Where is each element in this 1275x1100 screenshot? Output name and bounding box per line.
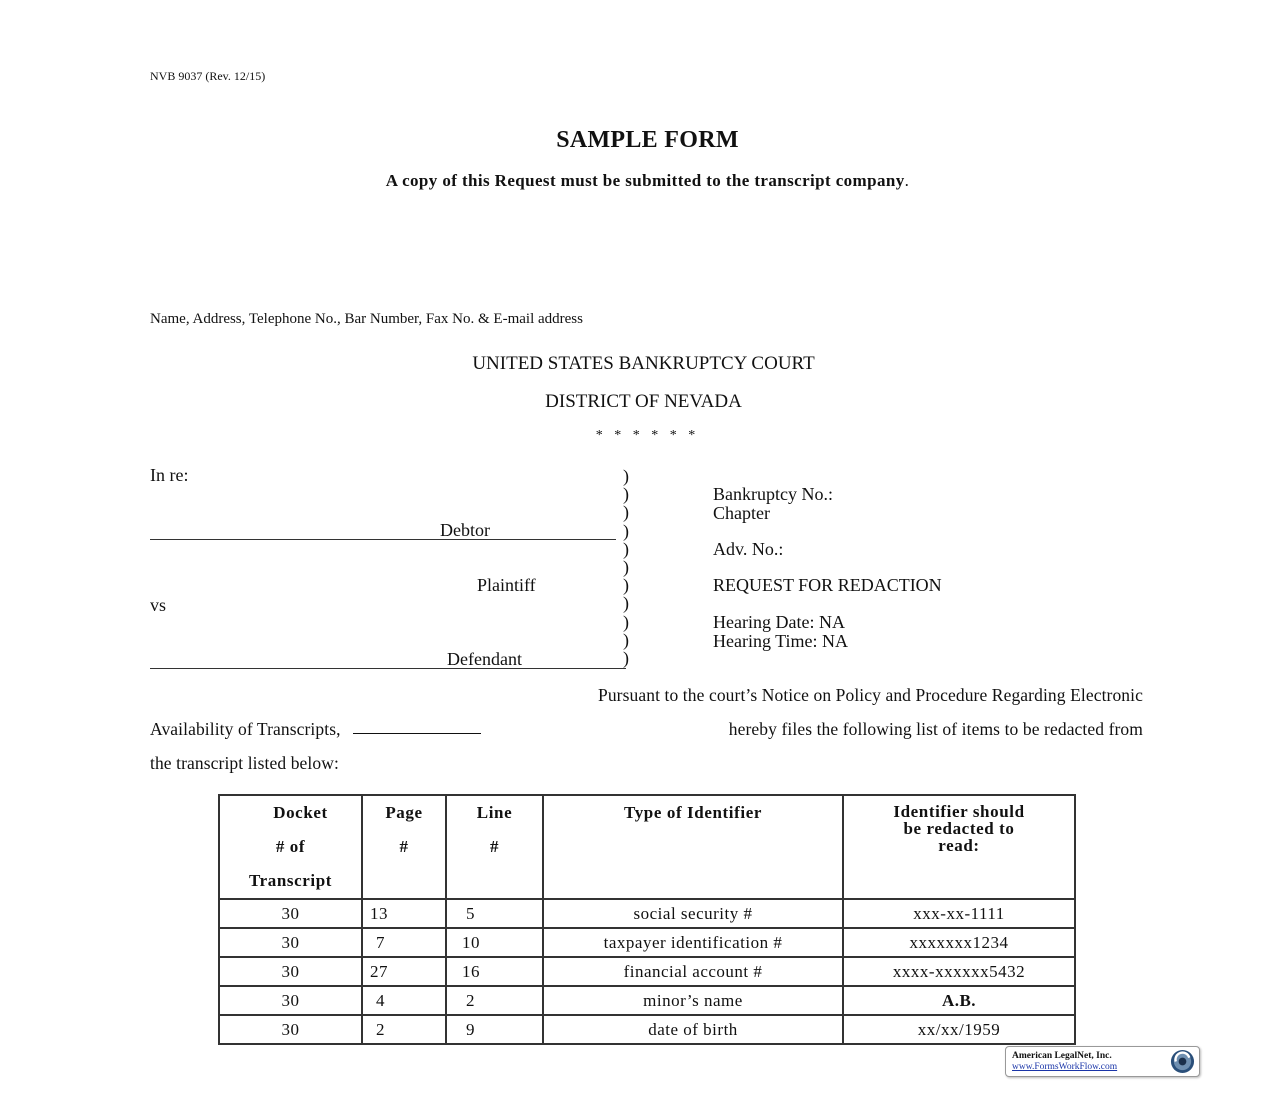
cell-page: 13	[362, 899, 446, 928]
attorney-block-label: Name, Address, Telephone No., Bar Number…	[150, 311, 583, 328]
plaintiff-label: Plaintiff	[477, 575, 536, 596]
table-row: 30 2 9 date of birth xx/xx/1959	[219, 1015, 1075, 1044]
paren: )	[623, 485, 635, 503]
paren: )	[623, 522, 635, 540]
form-id: NVB 9037 (Rev. 12/15)	[150, 69, 265, 84]
cell-line: 16	[446, 957, 543, 986]
defendant-label: Defendant	[447, 649, 522, 670]
table-row: 30 7 10 taxpayer identification # xxxxxx…	[219, 928, 1075, 957]
header-line-line1: Line	[447, 796, 542, 830]
globe-logo-icon	[1170, 1049, 1195, 1074]
paren: )	[623, 558, 635, 576]
cell-redacted: xx/xx/1959	[843, 1015, 1075, 1044]
header-redacted-line3: read:	[844, 837, 1074, 854]
submission-notice: A copy of this Request must be submitted…	[0, 171, 1275, 191]
table-row: 30 13 5 social security # xxx-xx-1111	[219, 899, 1075, 928]
cell-type: financial account #	[543, 957, 843, 986]
paren: )	[623, 613, 635, 631]
chapter-label: Chapter	[713, 503, 770, 524]
header-redacted-line2: be redacted to	[844, 820, 1074, 837]
header-page: Page #	[362, 795, 446, 899]
header-docket-line2: # of	[220, 830, 361, 864]
cell-type: taxpayer identification #	[543, 928, 843, 957]
submission-notice-text: A copy of this Request must be submitted…	[386, 171, 905, 190]
cell-page: 4	[362, 986, 446, 1015]
legalnet-badge[interactable]: American LegalNet, Inc. www.FormsWorkFlo…	[1005, 1046, 1200, 1077]
cell-page: 2	[362, 1015, 446, 1044]
cell-type: date of birth	[543, 1015, 843, 1044]
header-type-line1: Type of Identifier	[544, 796, 842, 830]
redaction-table: Docket # of Transcript Page # Line # Typ…	[218, 794, 1076, 1045]
bankruptcy-no-label: Bankruptcy No.:	[713, 484, 833, 505]
paren: )	[623, 467, 635, 485]
table-row: 30 4 2 minor’s name A.B.	[219, 986, 1075, 1015]
header-docket: Docket # of Transcript	[219, 795, 362, 899]
court-district: DISTRICT OF NEVADA	[0, 391, 1275, 413]
cell-page: 7	[362, 928, 446, 957]
debtor-name-line[interactable]	[150, 539, 616, 540]
header-page-line2: #	[363, 830, 445, 864]
header-page-line1: Page	[363, 796, 445, 830]
cell-redacted: A.B.	[843, 986, 1075, 1015]
paren: )	[623, 649, 635, 667]
table-row: 30 27 16 financial account # xxxx-xxxxxx…	[219, 957, 1075, 986]
header-docket-line3: Transcript	[220, 864, 361, 898]
hearing-time: Hearing Time: NA	[713, 631, 848, 652]
cell-redacted: xxx-xx-1111	[843, 899, 1075, 928]
cell-page: 27	[362, 957, 446, 986]
body-line-3: the transcript listed below:	[150, 753, 1143, 774]
paren: )	[623, 594, 635, 612]
cell-redacted: xxxxxxx1234	[843, 928, 1075, 957]
cell-type: minor’s name	[543, 986, 843, 1015]
filer-name-blank[interactable]	[353, 719, 481, 734]
defendant-name-line[interactable]	[150, 668, 626, 669]
debtor-label: Debtor	[440, 520, 490, 541]
adv-no-label: Adv. No.:	[713, 539, 783, 560]
cell-docket: 30	[219, 957, 362, 986]
cell-redacted: xxxx-xxxxxx5432	[843, 957, 1075, 986]
hearing-date: Hearing Date: NA	[713, 612, 845, 633]
body-line-1: Pursuant to the court’s Notice on Policy…	[150, 685, 1143, 706]
caption-parentheses: ) ) ) ) ) ) ) ) ) ) )	[623, 467, 635, 667]
header-redacted: Identifier should be redacted to read:	[843, 795, 1075, 899]
cell-docket: 30	[219, 928, 362, 957]
in-re-label: In re:	[150, 465, 188, 486]
page-title: SAMPLE FORM	[0, 127, 1275, 154]
header-line: Line #	[446, 795, 543, 899]
header-type: Type of Identifier	[543, 795, 843, 899]
paren: )	[623, 540, 635, 558]
cell-type: social security #	[543, 899, 843, 928]
cell-docket: 30	[219, 986, 362, 1015]
court-name: UNITED STATES BANKRUPTCY COURT	[0, 353, 1275, 375]
cell-line: 10	[446, 928, 543, 957]
body-line-2-end: hereby files the following list of items…	[485, 719, 1143, 740]
badge-company: American LegalNet, Inc.	[1012, 1051, 1112, 1061]
table-header-row: Docket # of Transcript Page # Line # Typ…	[219, 795, 1075, 899]
body-line-2-start: Availability of Transcripts,	[150, 719, 341, 740]
cell-line: 2	[446, 986, 543, 1015]
paren: )	[623, 503, 635, 521]
badge-url-link[interactable]: www.FormsWorkFlow.com	[1012, 1062, 1117, 1072]
cell-docket: 30	[219, 899, 362, 928]
document-title: REQUEST FOR REDACTION	[713, 575, 942, 596]
cell-line: 5	[446, 899, 543, 928]
separator-stars: * * * * * *	[0, 428, 1275, 444]
header-docket-line1: Docket	[220, 796, 361, 830]
submission-notice-period: .	[905, 171, 910, 190]
header-redacted-line1: Identifier should	[844, 803, 1074, 820]
paren: )	[623, 631, 635, 649]
header-line-line2: #	[447, 830, 542, 864]
cell-docket: 30	[219, 1015, 362, 1044]
paren: )	[623, 576, 635, 594]
cell-line: 9	[446, 1015, 543, 1044]
vs-label: vs	[150, 595, 166, 616]
body-line-2: Availability of Transcripts, hereby file…	[150, 719, 1143, 740]
